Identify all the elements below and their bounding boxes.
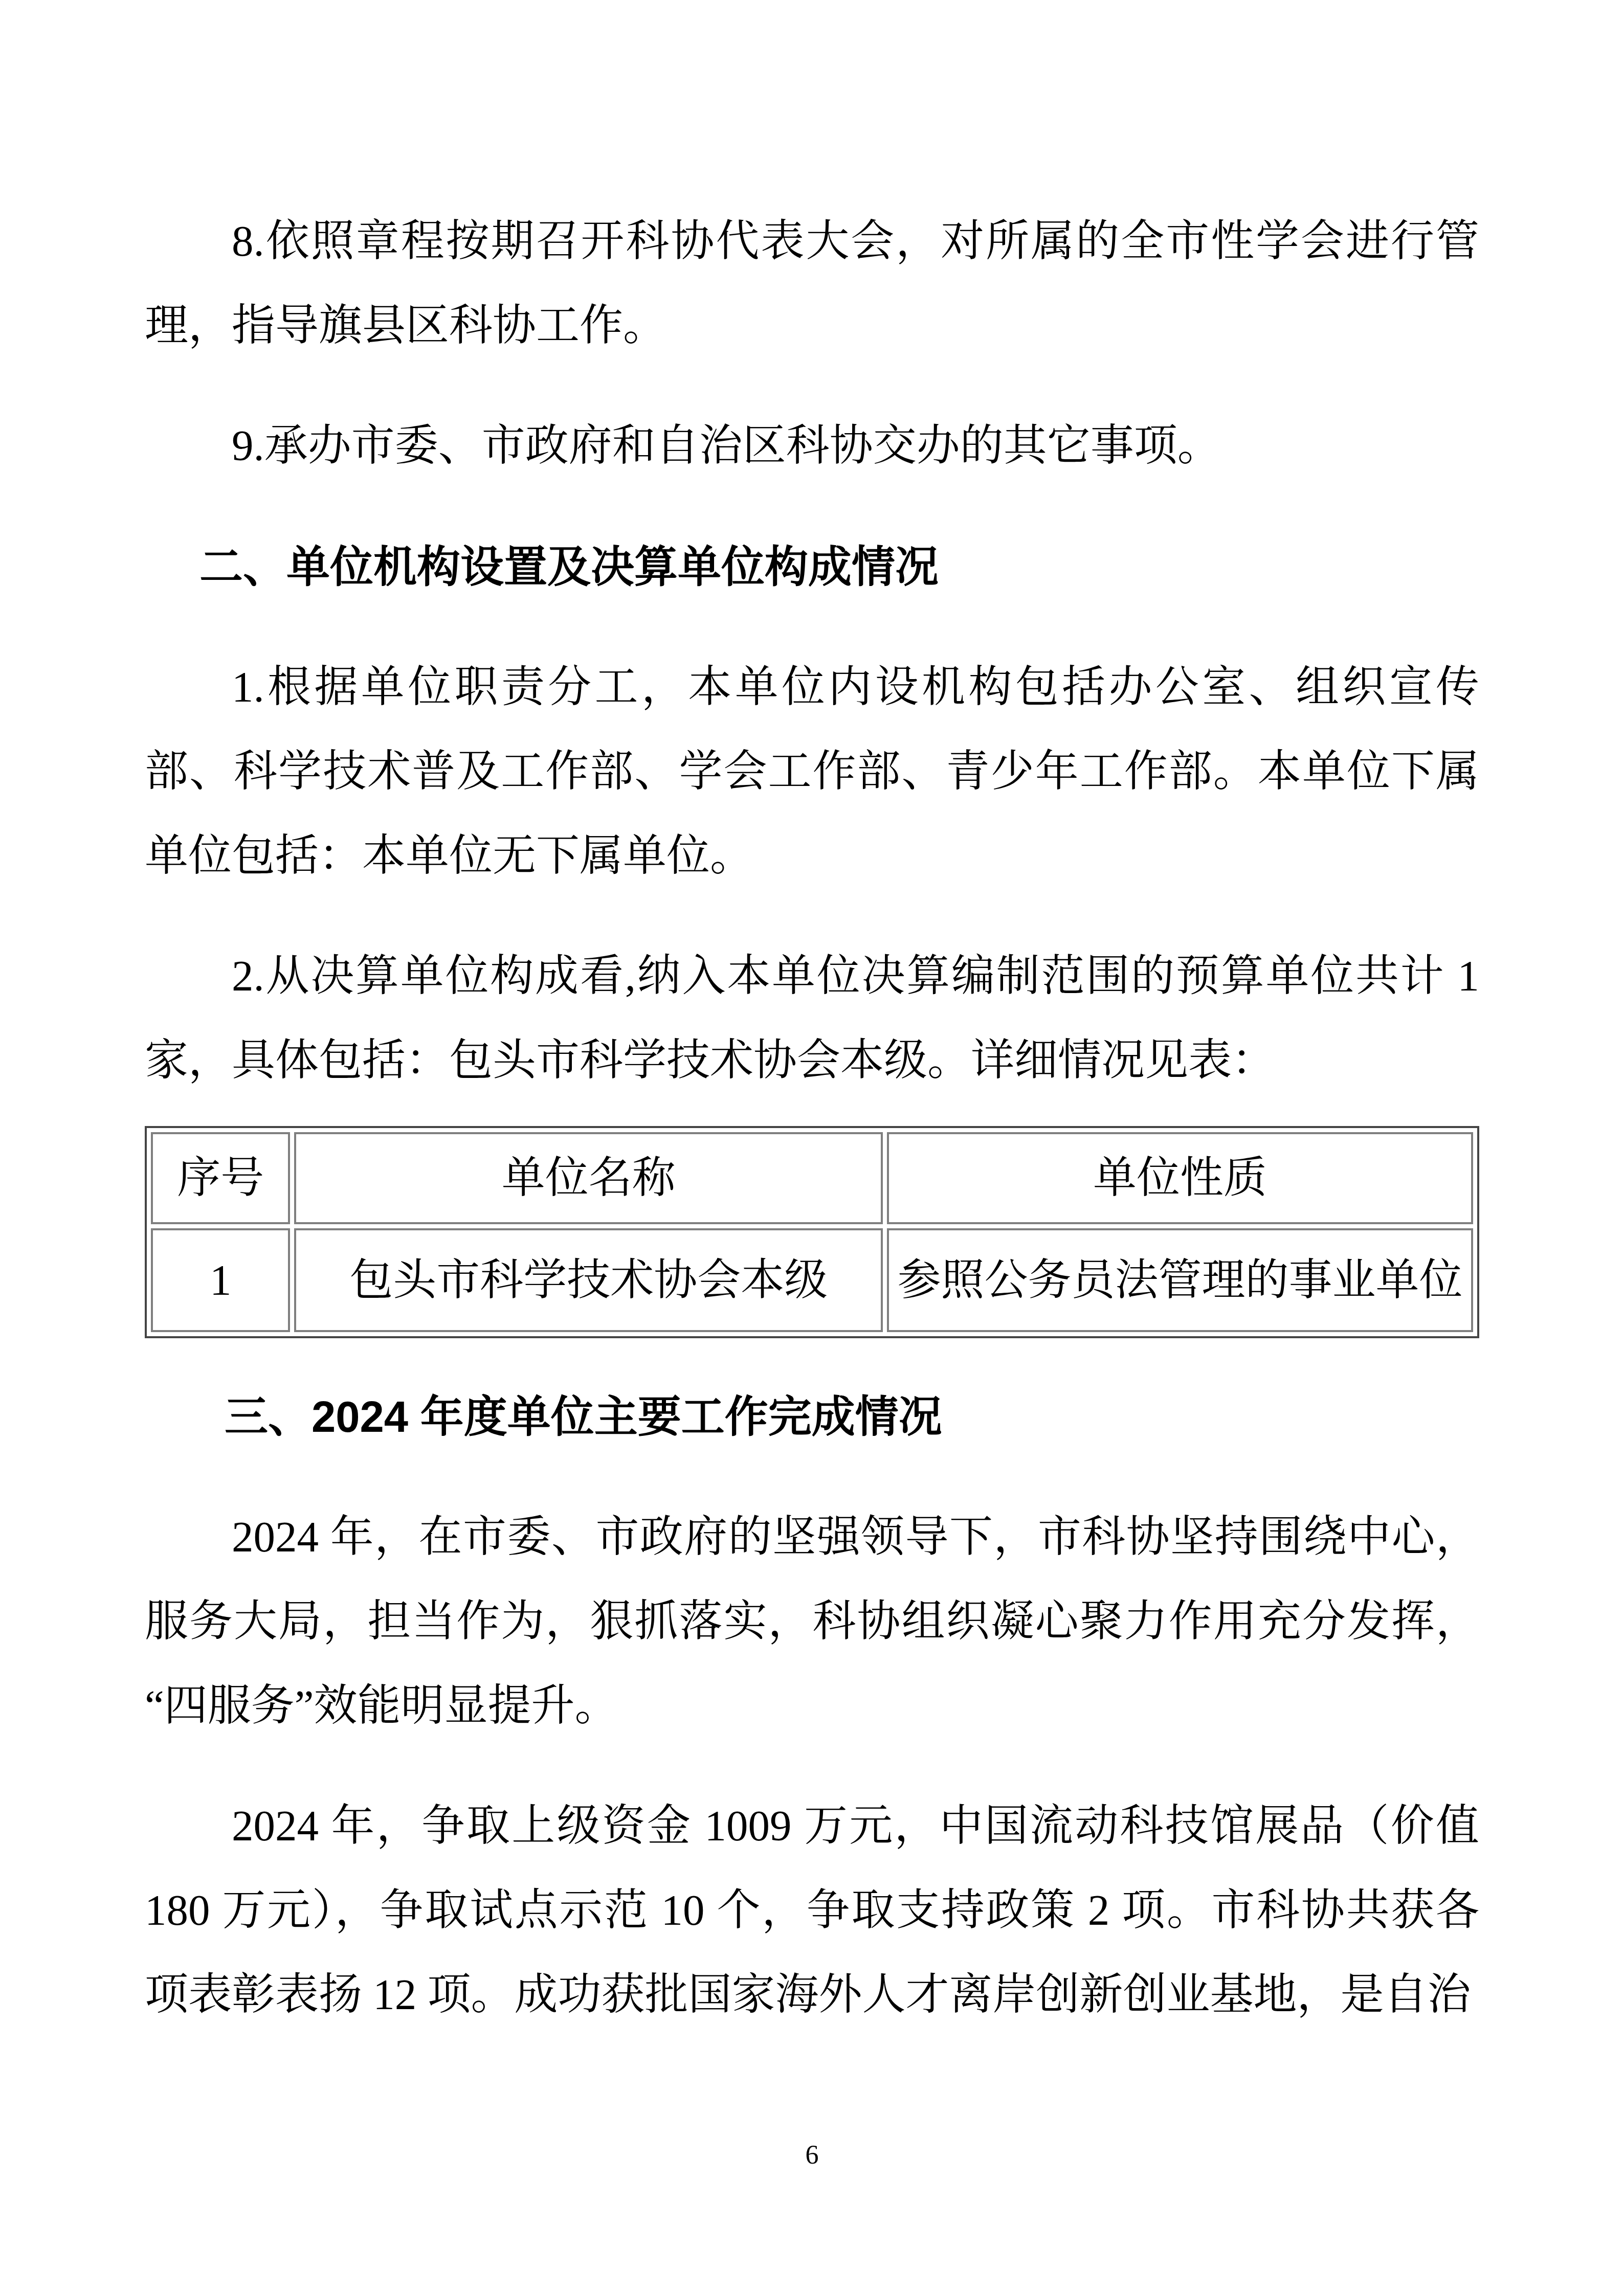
table-header-serial: 序号	[151, 1132, 290, 1224]
table-header-unit-type: 单位性质	[887, 1132, 1473, 1224]
units-table-row: 1 包头市科学技术协会本级 参照公务员法管理的事业单位	[151, 1228, 1473, 1332]
document-page: 8.依照章程按期召开科协代表大会，对所属的全市性学会进行管理，指导旗县区科协工作…	[0, 0, 1624, 2296]
table-cell-unit-type: 参照公务员法管理的事业单位	[887, 1228, 1473, 1332]
table-cell-unit-name: 包头市科学技术协会本级	[294, 1228, 883, 1332]
table-cell-serial: 1	[151, 1228, 290, 1332]
paragraph-duty-9: 9.承办市委、市政府和自治区科协交办的其它事项。	[145, 404, 1479, 488]
section-heading-2024-work: 三、2024 年度单位主要工作完成情况	[145, 1375, 1479, 1459]
section-heading-org-setup: 二、单位机构设置及决算单位构成情况	[145, 525, 1479, 610]
page-number: 6	[0, 2140, 1624, 2171]
paragraph-unit-composition: 2.从决算单位构成看,纳入本单位决算编制范围的预算单位共计 1 家，具体包括：包…	[145, 934, 1479, 1103]
table-header-unit-name: 单位名称	[294, 1132, 883, 1224]
paragraph-2024-achievements: 2024 年，争取上级资金 1009 万元，中国流动科技馆展品（价值 180 万…	[145, 1784, 1479, 2037]
paragraph-2024-overview: 2024 年，在市委、市政府的坚强领导下，市科协坚持围绕中心，服务大局，担当作为…	[145, 1495, 1479, 1748]
units-table: 序号 单位名称 单位性质 1 包头市科学技术协会本级 参照公务员法管理的事业单位	[145, 1126, 1479, 1338]
paragraph-duty-8: 8.依照章程按期召开科协代表大会，对所属的全市性学会进行管理，指导旗县区科协工作…	[145, 199, 1479, 368]
paragraph-org-structure: 1.根据单位职责分工，本单位内设机构包括办公室、组织宣传部、科学技术普及工作部、…	[145, 645, 1479, 898]
units-table-header-row: 序号 单位名称 单位性质	[151, 1132, 1473, 1224]
